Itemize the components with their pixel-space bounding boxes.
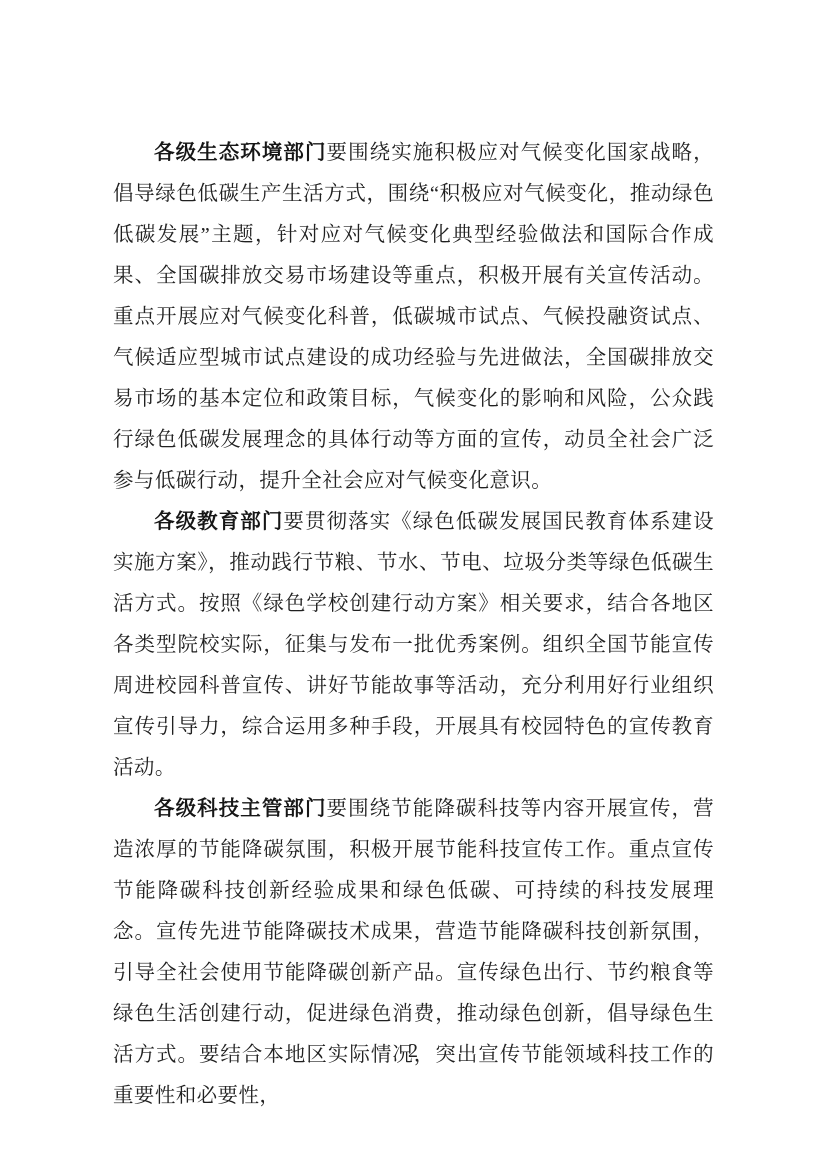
paragraph-lead: 各级教育部门 <box>154 511 283 533</box>
paragraph-text: 要围绕实施积极应对气候变化国家战略，倡导绿色低碳生产生活方式，围绕“积极应对气候… <box>113 142 714 492</box>
paragraph-education-departments: 各级教育部门要贯彻落实《绿色低碳发展国民教育体系建设实施方案》，推动践行节粮、节… <box>113 502 714 789</box>
paragraph-lead: 各级生态环境部门 <box>154 142 327 164</box>
paragraph-text: 要贯彻落实《绿色低碳发展国民教育体系建设实施方案》，推动践行节粮、节水、节电、垃… <box>113 511 714 779</box>
document-body: 各级生态环境部门要围绕实施积极应对气候变化国家战略，倡导绿色低碳生产生活方式，围… <box>113 133 714 1117</box>
page-number: 2 <box>0 1036 826 1066</box>
paragraph-lead: 各级科技主管部门 <box>154 798 327 820</box>
paragraph-science-tech-departments: 各级科技主管部门要围绕节能降碳科技等内容开展宣传，营造浓厚的节能降碳氛围，积极开… <box>113 789 714 1117</box>
document-page: 各级生态环境部门要围绕实施积极应对气候变化国家战略，倡导绿色低碳生产生活方式，围… <box>0 0 826 1169</box>
paragraph-environment-departments: 各级生态环境部门要围绕实施积极应对气候变化国家战略，倡导绿色低碳生产生活方式，围… <box>113 133 714 502</box>
